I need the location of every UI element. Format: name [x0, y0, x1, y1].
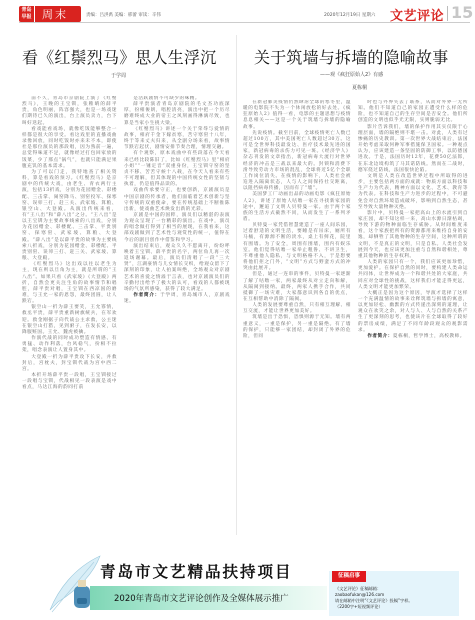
- paragraph: 影片告诉我们，墙的保护作用其实仅限于心理层面，墙的隔绝则不堪一击。对此，人类有过…: [358, 125, 468, 174]
- page-number: 15: [451, 3, 473, 22]
- paragraph: 本折开场薛平贵一段唱，王宝钏接过一段唱与宝钏，代战相见一段表演是戏中看点，马达江…: [22, 373, 117, 391]
- paragraph: 银空山一折为薛王要笑，王允寡情，救丞平贵，薛平贵重新树旗统兵，在军欢迎。救金刚据…: [22, 305, 117, 336]
- issue-date: 2020年12月19日 星期六: [324, 12, 375, 18]
- paragraph: 演出结束后，观众久久不愿离开，纷纷呼唤着王宝钏、薛平贵的名字，两位角儿再一次返场…: [124, 244, 230, 293]
- left-article-column-1: 前不久，青岛市京剧院上演了《红鬃烈马》，王晚的王宝钏，张稚晴的薛平贵，角色明丽，…: [22, 96, 117, 528]
- paragraph: 贝特曼一家凭借智慧建造了一座人间乐园，过着舒适的文明生活，要睡是有吊床，厕所有马…: [243, 223, 351, 272]
- paragraph: 美国梦工厂动画出品的动画电影《疯狂原始人2》，讲述了原始人咕噜一家在寻找新家园的…: [243, 192, 351, 223]
- paragraph: 作演代战的同时成功塑造有情感、有勇猛、动作利落，台风稳气，扮相不拉架，唱念表演让…: [22, 336, 117, 354]
- left-article-author: 于学周: [111, 72, 126, 79]
- project-banner: 青岛市文艺精品扶持项目 2020年青岛市文艺评论创作及全媒体展示推广: [44, 556, 329, 616]
- right-article-author: 夏栋桐: [352, 84, 367, 91]
- bio-text: 夏栋桐，哲学博士，高校教师。: [393, 334, 465, 339]
- paragraph: 有个观察，原本戏曲中有些段落在今天看来已经比较陈旧了，比如《红鬃烈马》里“相府小…: [124, 151, 230, 188]
- notice-line: （2200字+短视频评论）: [335, 604, 413, 610]
- left-article-column-2: 是活跃剧情不可缺少的味精。 薛平贵演者青岛京剧院的毛文杰功底深厚，扮相俊朗，唱腔…: [124, 96, 230, 528]
- paragraph: 筑墙是出于恐惧，恐惧则源于无知。墙有两重意义，一重是保护，另一重是隔绝。有了墙的…: [243, 315, 351, 340]
- notice-body: 《文艺评论》征稿邮箱： zaobaofukan@126.com 请在邮箱中注明“…: [335, 586, 413, 610]
- right-article-column-1: 在新冠肺炎疫情仍然肆虐全球的寒冬里，温暖的电影院不失为一个休闲放松的好去处。《疯…: [243, 100, 351, 528]
- logo-text: 周末: [35, 6, 68, 22]
- header-rule: [19, 22, 470, 23]
- paragraph: 看戏能看戏场，就像吃饭能够整合一样都是很大的享受。看这戏里的直播戏曲录像回放，同…: [22, 127, 117, 170]
- paragraph: 影片中，贝特曼一家把高山上的水流引到自家庄园，却不知这样一来，高山水源日渐枯竭，…: [358, 211, 468, 260]
- paragraph: 戏曲传承要守正，也要创新，京剧演员是中国京剧的传承者，他们面临着艺术创新与坚守传…: [124, 188, 230, 213]
- paragraph: 《红鬃烈马》这出戏以往以老生为主，现在则以旦角为主，就是所谓的“王八出”。如果只…: [22, 262, 117, 305]
- paragraph: 人类的家园只有一个，我们应该更加珍惜，更加爱护。在保护自然的同时，要构建人类命运…: [358, 260, 468, 291]
- banner-title: 青岛市文艺精品扶持项目: [100, 560, 293, 582]
- paragraph: 《红鬃烈马》讲述一个关于荣辱与爱情的故事，相府千金下嫁贫寒，苦守寒窑十八年，终于…: [124, 127, 230, 152]
- paragraph: 但是，通过一连串的事件，贝特曼一家逐渐了解了咕噜一家，两家最终从对立走向和解，从…: [243, 272, 351, 303]
- notice-tag: 征稿启事: [332, 571, 366, 582]
- right-article-subtitle: ——观《疯狂原始人2》有感: [320, 71, 383, 78]
- paragraph: 先说疫情。截至目前，全球疫情死亡人数已超过100万，其中美国死亡人数超过30万。…: [243, 131, 351, 193]
- column-divider: [236, 35, 237, 535]
- submission-notice: 征稿启事 《文艺评论》征稿邮箱： zaobaofukan@126.com 请在邮…: [329, 571, 459, 616]
- paragraph: 薛平贵演者青岛京剧院的毛文杰功底深厚，扮相俊朗，唱腔清亮，演出中把一个历尽磨难终…: [124, 102, 230, 127]
- paragraph: 人类的发展要尊重自然，只有相互理解、相互交流，才能让世界更加美好。: [243, 303, 351, 315]
- left-article-title: 看《红鬃烈马》思人生浮沉: [22, 45, 216, 68]
- author-bio: 作者简介：夏栋桐，哲学博士，高校教师。: [358, 334, 468, 340]
- right-article-title: 关于筑墙与拆墙的隐喻故事: [254, 45, 448, 68]
- bio-label: 作者简介：: [133, 293, 160, 298]
- paragraph: 大登殿一折为薛平贵攻下长安，并救封后，宫枕夫，封宝钏代战为宫中西二宫。: [22, 355, 117, 373]
- paragraph: 京剧是中国的国粹，演员们以精湛的表演为观众呈现了一台精彩的演出。在戏中，演员的唱…: [124, 213, 230, 244]
- newspaper-logo: 青岛 早报 周末: [19, 6, 81, 22]
- paragraph: 前不久，青岛市京剧院上演了《红鬃烈马》，王晚的王宝钏，张稚晴的薛平贵，角色明丽，…: [22, 96, 117, 127]
- banner-subtitle: 2020年青岛市文艺评论创作及全媒体展示推广: [114, 592, 289, 604]
- author-bio: 作者简介：于学周，青岛城市人，京剧戏迷。: [124, 293, 230, 305]
- right-article-column-2: 时也与外界失去了联系，从而对外界一无所知。他们不知道自己的家园正遭受什么样的危险…: [358, 100, 468, 528]
- paragraph: 大概正是因为这个原因，导演才选择了这样一个充满温情的故事来诠释筑墙与拆墙的寓意，…: [358, 291, 468, 334]
- bio-label: 作者简介：: [367, 334, 393, 339]
- logo-mark: 青岛 早报: [19, 6, 35, 22]
- masthead: 青岛 早报 周末 责编：吕洪禹 美编：邢蕾 审读：辛伟 2020年12月19日 …: [0, 0, 475, 24]
- paragraph: 文明是人类在改造世界过程中所取得的进步，主要包括两方面的成就：物质方面以科技和生…: [358, 174, 468, 211]
- page-separator: [447, 6, 448, 21]
- paragraph: 为了可以门走，我特地查了相关资料，算是看戏的预习。《红鬃烈马》是京剧中的传统大戏…: [22, 170, 117, 262]
- paragraph: 时也与外界失去了联系，从而对外界一无所知。他们不知道自己的家园正遭受什么样的危险…: [358, 100, 468, 125]
- editor-credits: 责编：吕洪禹 美编：邢蕾 审读：辛伟: [86, 12, 161, 18]
- paragraph: 在新冠肺炎疫情仍然肆虐全球的寒冬里，温暖的电影院不失为一个休闲放松的好去处。《疯…: [243, 100, 351, 131]
